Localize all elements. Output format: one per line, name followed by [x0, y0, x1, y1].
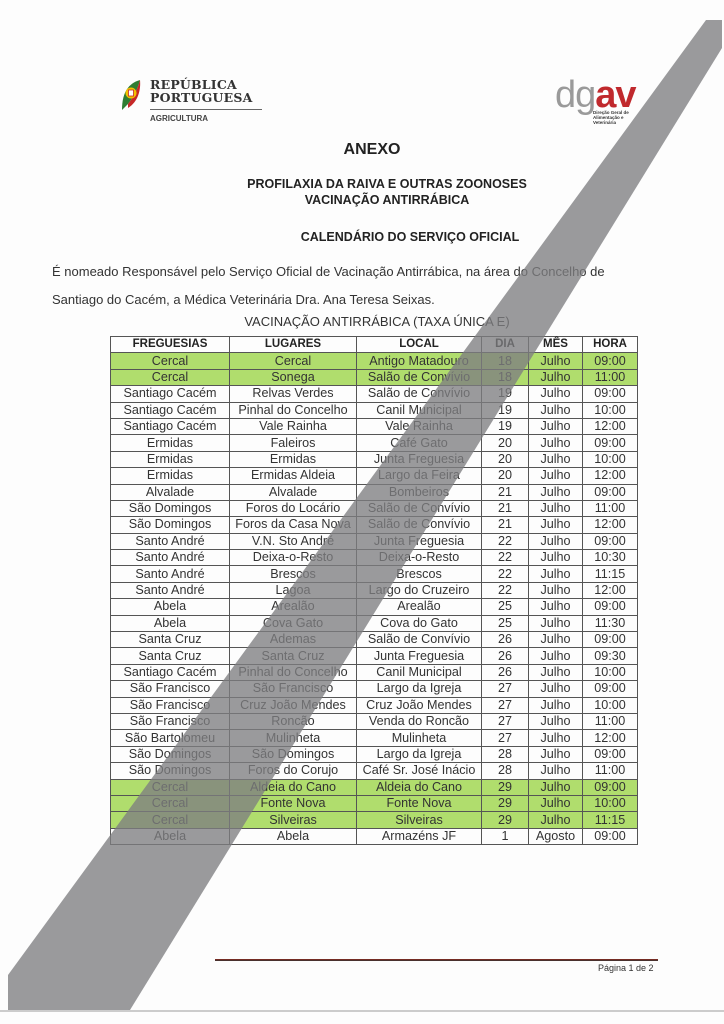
cell-mes: Julho: [529, 681, 583, 697]
cell-dia: 26: [482, 664, 529, 680]
table-row: CercalCercalAntigo Matadouro18Julho09:00: [111, 353, 638, 369]
cell-freguesia: Ermidas: [111, 468, 230, 484]
cell-lugar: Foros do Corujo: [230, 763, 357, 779]
cell-lugar: Mulinheta: [230, 730, 357, 746]
cell-lugar: Deixa-o-Resto: [230, 550, 357, 566]
cell-local: Largo da Igreja: [357, 681, 482, 697]
cell-lugar: Ademas: [230, 632, 357, 648]
cell-freguesia: Cercal: [111, 812, 230, 828]
cell-lugar: V.N. Sto André: [230, 533, 357, 549]
cell-mes: Julho: [529, 533, 583, 549]
cell-lugar: Pinhal do Concelho: [230, 402, 357, 418]
cell-lugar: Cercal: [230, 353, 357, 369]
cell-hora: 11:00: [583, 763, 638, 779]
section-title: CALENDÁRIO DO SERVIÇO OFICIAL: [48, 230, 724, 244]
cell-freguesia: Alvalade: [111, 484, 230, 500]
dgav-logo-subtitle: Direção Geral de Alimentação e Veterinár…: [593, 110, 643, 125]
cell-hora: 11:15: [583, 812, 638, 828]
cell-hora: 12:00: [583, 468, 638, 484]
cell-local: Arealão: [357, 599, 482, 615]
cell-local: Largo da Igreja: [357, 746, 482, 762]
cell-freguesia: Santo André: [111, 566, 230, 582]
table-row: Santo AndréLagoaLargo do Cruzeiro22Julho…: [111, 582, 638, 598]
cell-hora: 09:00: [583, 828, 638, 844]
cell-dia: 21: [482, 484, 529, 500]
cell-freguesia: Santiago Cacém: [111, 386, 230, 402]
cell-hora: 12:00: [583, 517, 638, 533]
paragraph-line-1: É nomeado Responsável pelo Serviço Ofici…: [52, 264, 605, 279]
cell-mes: Julho: [529, 632, 583, 648]
header-local: LOCAL: [357, 337, 482, 353]
cell-dia: 22: [482, 566, 529, 582]
cell-local: Venda do Roncão: [357, 713, 482, 729]
table-row: CercalSonegaSalão de Convívio18Julho11:0…: [111, 369, 638, 385]
paragraph-line-2: Santiago do Cacém, a Médica Veterinária …: [52, 292, 435, 307]
cell-hora: 12:00: [583, 418, 638, 434]
cell-mes: Julho: [529, 713, 583, 729]
cell-local: Aldeia do Cano: [357, 779, 482, 795]
cell-freguesia: Cercal: [111, 779, 230, 795]
header-mes: MÊS: [529, 337, 583, 353]
cell-lugar: Roncão: [230, 713, 357, 729]
cell-local: Canil Municipal: [357, 664, 482, 680]
cell-mes: Julho: [529, 451, 583, 467]
table-row: São DomingosForos da Casa NovaSalão de C…: [111, 517, 638, 533]
footer-rule: [215, 959, 658, 961]
cell-mes: Julho: [529, 763, 583, 779]
cell-hora: 11:15: [583, 566, 638, 582]
cell-dia: 20: [482, 468, 529, 484]
cell-mes: Julho: [529, 697, 583, 713]
table-caption: VACINAÇÃO ANTIRRÁBICA (TAXA ÚNICA E): [0, 314, 724, 329]
gov-name-line2: PORTUGUESA: [150, 91, 262, 104]
cell-mes: Julho: [529, 648, 583, 664]
cell-mes: Julho: [529, 484, 583, 500]
cell-dia: 19: [482, 418, 529, 434]
table-row: Santiago CacémPinhal do ConcelhoCanil Mu…: [111, 402, 638, 418]
cell-local: Junta Freguesia: [357, 533, 482, 549]
cell-freguesia: São Domingos: [111, 746, 230, 762]
cell-freguesia: Santo André: [111, 550, 230, 566]
table-row: Santiago CacémRelvas VerdesSalão de Conv…: [111, 386, 638, 402]
republica-portuguesa-logo: REPÚBLICA PORTUGUESA AGRICULTURA: [120, 78, 262, 123]
cell-dia: 25: [482, 599, 529, 615]
cell-mes: Julho: [529, 386, 583, 402]
cell-dia: 29: [482, 812, 529, 828]
table-row: Santo AndréV.N. Sto AndréJunta Freguesia…: [111, 533, 638, 549]
cell-freguesia: São Francisco: [111, 681, 230, 697]
cell-local: Fonte Nova: [357, 795, 482, 811]
cell-lugar: Fonte Nova: [230, 795, 357, 811]
cell-lugar: Cova Gato: [230, 615, 357, 631]
cell-lugar: São Domingos: [230, 746, 357, 762]
table-row: São FranciscoSão FranciscoLargo da Igrej…: [111, 681, 638, 697]
table-row: AlvaladeAlvaladeBombeiros21Julho09:00: [111, 484, 638, 500]
cell-mes: Julho: [529, 435, 583, 451]
table-row: São FranciscoCruz João MendesCruz João M…: [111, 697, 638, 713]
cell-local: Deixa-o-Resto: [357, 550, 482, 566]
cell-local: Café Sr. José Inácio: [357, 763, 482, 779]
table-row: São DomingosSão DomingosLargo da Igreja2…: [111, 746, 638, 762]
table-body: CercalCercalAntigo Matadouro18Julho09:00…: [111, 353, 638, 845]
cell-local: Mulinheta: [357, 730, 482, 746]
table-row: AbelaAbelaArmazéns JF1Agosto09:00: [111, 828, 638, 844]
cell-lugar: Alvalade: [230, 484, 357, 500]
cell-dia: 18: [482, 369, 529, 385]
cell-lugar: Santa Cruz: [230, 648, 357, 664]
cell-lugar: São Francisco: [230, 681, 357, 697]
cell-hora: 09:00: [583, 599, 638, 615]
cell-freguesia: Santo André: [111, 533, 230, 549]
cell-freguesia: São Domingos: [111, 517, 230, 533]
table-row: AbelaCova GatoCova do Gato25Julho11:30: [111, 615, 638, 631]
cell-local: Salão de Convívio: [357, 517, 482, 533]
cell-hora: 11:30: [583, 615, 638, 631]
table-header-row: FREGUESIAS LUGARES LOCAL DIA MÊS HORA: [111, 337, 638, 353]
cell-hora: 11:00: [583, 369, 638, 385]
cell-dia: 19: [482, 402, 529, 418]
cell-hora: 09:00: [583, 386, 638, 402]
ministry-name: AGRICULTURA: [150, 114, 262, 123]
cell-mes: Julho: [529, 812, 583, 828]
cell-local: Antigo Matadouro: [357, 353, 482, 369]
table-row: AbelaArealãoArealão25Julho09:00: [111, 599, 638, 615]
cell-hora: 09:30: [583, 648, 638, 664]
cell-dia: 28: [482, 763, 529, 779]
cell-local: Vale Rainha: [357, 418, 482, 434]
cell-lugar: Ermidas Aldeia: [230, 468, 357, 484]
cell-hora: 09:00: [583, 746, 638, 762]
cell-local: Café Gato: [357, 435, 482, 451]
cell-hora: 09:00: [583, 779, 638, 795]
cell-dia: 22: [482, 582, 529, 598]
cell-mes: Julho: [529, 746, 583, 762]
cell-local: Armazéns JF: [357, 828, 482, 844]
cell-dia: 27: [482, 697, 529, 713]
cell-freguesia: Santo André: [111, 582, 230, 598]
table-row: CercalAldeia do CanoAldeia do Cano29Julh…: [111, 779, 638, 795]
vaccination-schedule-table: FREGUESIAS LUGARES LOCAL DIA MÊS HORA Ce…: [110, 336, 638, 845]
cell-mes: Julho: [529, 566, 583, 582]
cell-hora: 09:00: [583, 484, 638, 500]
cell-hora: 12:00: [583, 582, 638, 598]
header-lugares: LUGARES: [230, 337, 357, 353]
cell-dia: 20: [482, 435, 529, 451]
cell-lugar: Silveiras: [230, 812, 357, 828]
cell-lugar: Relvas Verdes: [230, 386, 357, 402]
table-row: ErmidasFaleirosCafé Gato20Julho09:00: [111, 435, 638, 451]
cell-mes: Julho: [529, 353, 583, 369]
logo-divider: [150, 109, 262, 110]
cell-freguesia: São Domingos: [111, 500, 230, 516]
cell-hora: 11:00: [583, 500, 638, 516]
table-row: CercalSilveirasSilveiras29Julho11:15: [111, 812, 638, 828]
table-row: Santa CruzSanta CruzJunta Freguesia26Jul…: [111, 648, 638, 664]
cell-lugar: Faleiros: [230, 435, 357, 451]
cell-hora: 12:00: [583, 730, 638, 746]
cell-freguesia: Cercal: [111, 353, 230, 369]
cell-dia: 28: [482, 746, 529, 762]
cell-dia: 20: [482, 451, 529, 467]
cell-hora: 11:00: [583, 713, 638, 729]
cell-hora: 10:00: [583, 451, 638, 467]
table-row: Santo AndréBrescosBrescos22Julho11:15: [111, 566, 638, 582]
page-edge: [0, 1010, 724, 1012]
cell-mes: Julho: [529, 418, 583, 434]
cell-freguesia: São Francisco: [111, 697, 230, 713]
cell-lugar: Arealão: [230, 599, 357, 615]
table-row: Santiago CacémPinhal do ConcelhoCanil Mu…: [111, 664, 638, 680]
cell-dia: 27: [482, 713, 529, 729]
cell-dia: 18: [482, 353, 529, 369]
cell-mes: Julho: [529, 779, 583, 795]
cell-local: Salão de Convívio: [357, 500, 482, 516]
cell-lugar: Cruz João Mendes: [230, 697, 357, 713]
cell-mes: Julho: [529, 599, 583, 615]
cell-dia: 26: [482, 632, 529, 648]
cell-local: Junta Freguesia: [357, 648, 482, 664]
document-title: ANEXO: [10, 141, 724, 159]
cell-freguesia: Ermidas: [111, 451, 230, 467]
cell-hora: 09:00: [583, 353, 638, 369]
cell-local: Salão de Convívio: [357, 386, 482, 402]
cell-freguesia: São Francisco: [111, 713, 230, 729]
cell-mes: Julho: [529, 615, 583, 631]
table-row: ErmidasErmidas AldeiaLargo da Feira20Jul…: [111, 468, 638, 484]
cell-local: Cova do Gato: [357, 615, 482, 631]
cell-freguesia: Santa Cruz: [111, 648, 230, 664]
table-row: Santiago CacémVale RainhaVale Rainha19Ju…: [111, 418, 638, 434]
cell-local: Silveiras: [357, 812, 482, 828]
cell-lugar: Foros da Casa Nova: [230, 517, 357, 533]
cell-dia: 25: [482, 615, 529, 631]
document-subtitle-1: PROFILAXIA DA RAIVA E OUTRAS ZOONOSES: [25, 177, 724, 191]
portugal-coat-of-arms-icon: [120, 78, 142, 112]
document-subtitle-2: VACINAÇÃO ANTIRRÁBICA: [25, 193, 724, 207]
cell-local: Cruz João Mendes: [357, 697, 482, 713]
cell-hora: 10:00: [583, 664, 638, 680]
cell-hora: 09:00: [583, 681, 638, 697]
table-row: São FranciscoRoncãoVenda do Roncão27Julh…: [111, 713, 638, 729]
cell-lugar: Pinhal do Concelho: [230, 664, 357, 680]
dgav-logo-prefix: dg: [555, 74, 595, 116]
cell-hora: 10:00: [583, 402, 638, 418]
cell-hora: 09:00: [583, 435, 638, 451]
cell-mes: Julho: [529, 664, 583, 680]
cell-lugar: Brescos: [230, 566, 357, 582]
cell-mes: Julho: [529, 500, 583, 516]
cell-dia: 29: [482, 779, 529, 795]
cell-lugar: Ermidas: [230, 451, 357, 467]
cell-freguesia: Ermidas: [111, 435, 230, 451]
cell-dia: 19: [482, 386, 529, 402]
table-row: Santa CruzAdemasSalão de Convívio26Julho…: [111, 632, 638, 648]
cell-freguesia: Santa Cruz: [111, 632, 230, 648]
cell-mes: Julho: [529, 550, 583, 566]
table-row: ErmidasErmidasJunta Freguesia20Julho10:0…: [111, 451, 638, 467]
cell-local: Junta Freguesia: [357, 451, 482, 467]
cell-mes: Julho: [529, 795, 583, 811]
cell-dia: 21: [482, 500, 529, 516]
cell-local: Largo da Feira: [357, 468, 482, 484]
cell-local: Bombeiros: [357, 484, 482, 500]
cell-freguesia: Santiago Cacém: [111, 664, 230, 680]
table-row: São DomingosForos do CorujoCafé Sr. José…: [111, 763, 638, 779]
cell-local: Salão de Convívio: [357, 369, 482, 385]
cell-mes: Julho: [529, 468, 583, 484]
cell-freguesia: Abela: [111, 615, 230, 631]
cell-local: Salão de Convívio: [357, 632, 482, 648]
cell-lugar: Vale Rainha: [230, 418, 357, 434]
cell-local: Canil Municipal: [357, 402, 482, 418]
cell-freguesia: Cercal: [111, 795, 230, 811]
cell-mes: Julho: [529, 402, 583, 418]
cell-dia: 1: [482, 828, 529, 844]
cell-lugar: Sonega: [230, 369, 357, 385]
cell-local: Largo do Cruzeiro: [357, 582, 482, 598]
table-row: São BartolomeuMulinhetaMulinheta27Julho1…: [111, 730, 638, 746]
cell-mes: Julho: [529, 517, 583, 533]
cell-freguesia: São Domingos: [111, 763, 230, 779]
cell-lugar: Aldeia do Cano: [230, 779, 357, 795]
cell-mes: Julho: [529, 369, 583, 385]
dgav-logo: dgav Direção Geral de Alimentação e Vete…: [555, 78, 636, 112]
cell-freguesia: Abela: [111, 599, 230, 615]
header-hora: HORA: [583, 337, 638, 353]
cell-mes: Agosto: [529, 828, 583, 844]
cell-dia: 29: [482, 795, 529, 811]
page-number: Página 1 de 2: [598, 963, 654, 973]
cell-dia: 22: [482, 550, 529, 566]
cell-dia: 21: [482, 517, 529, 533]
cell-freguesia: Cercal: [111, 369, 230, 385]
cell-dia: 22: [482, 533, 529, 549]
header-dia: DIA: [482, 337, 529, 353]
cell-lugar: Lagoa: [230, 582, 357, 598]
header-freguesias: FREGUESIAS: [111, 337, 230, 353]
cell-lugar: Abela: [230, 828, 357, 844]
cell-hora: 09:00: [583, 533, 638, 549]
cell-hora: 10:00: [583, 697, 638, 713]
table-row: CercalFonte NovaFonte Nova29Julho10:00: [111, 795, 638, 811]
table-row: Santo AndréDeixa-o-RestoDeixa-o-Resto22J…: [111, 550, 638, 566]
cell-freguesia: São Bartolomeu: [111, 730, 230, 746]
cell-dia: 27: [482, 730, 529, 746]
cell-mes: Julho: [529, 582, 583, 598]
cell-hora: 10:30: [583, 550, 638, 566]
cell-hora: 10:00: [583, 795, 638, 811]
cell-mes: Julho: [529, 730, 583, 746]
cell-freguesia: Abela: [111, 828, 230, 844]
cell-freguesia: Santiago Cacém: [111, 402, 230, 418]
cell-lugar: Foros do Locário: [230, 500, 357, 516]
cell-dia: 26: [482, 648, 529, 664]
table-row: São DomingosForos do LocárioSalão de Con…: [111, 500, 638, 516]
cell-local: Brescos: [357, 566, 482, 582]
cell-freguesia: Santiago Cacém: [111, 418, 230, 434]
cell-dia: 27: [482, 681, 529, 697]
cell-hora: 09:00: [583, 632, 638, 648]
